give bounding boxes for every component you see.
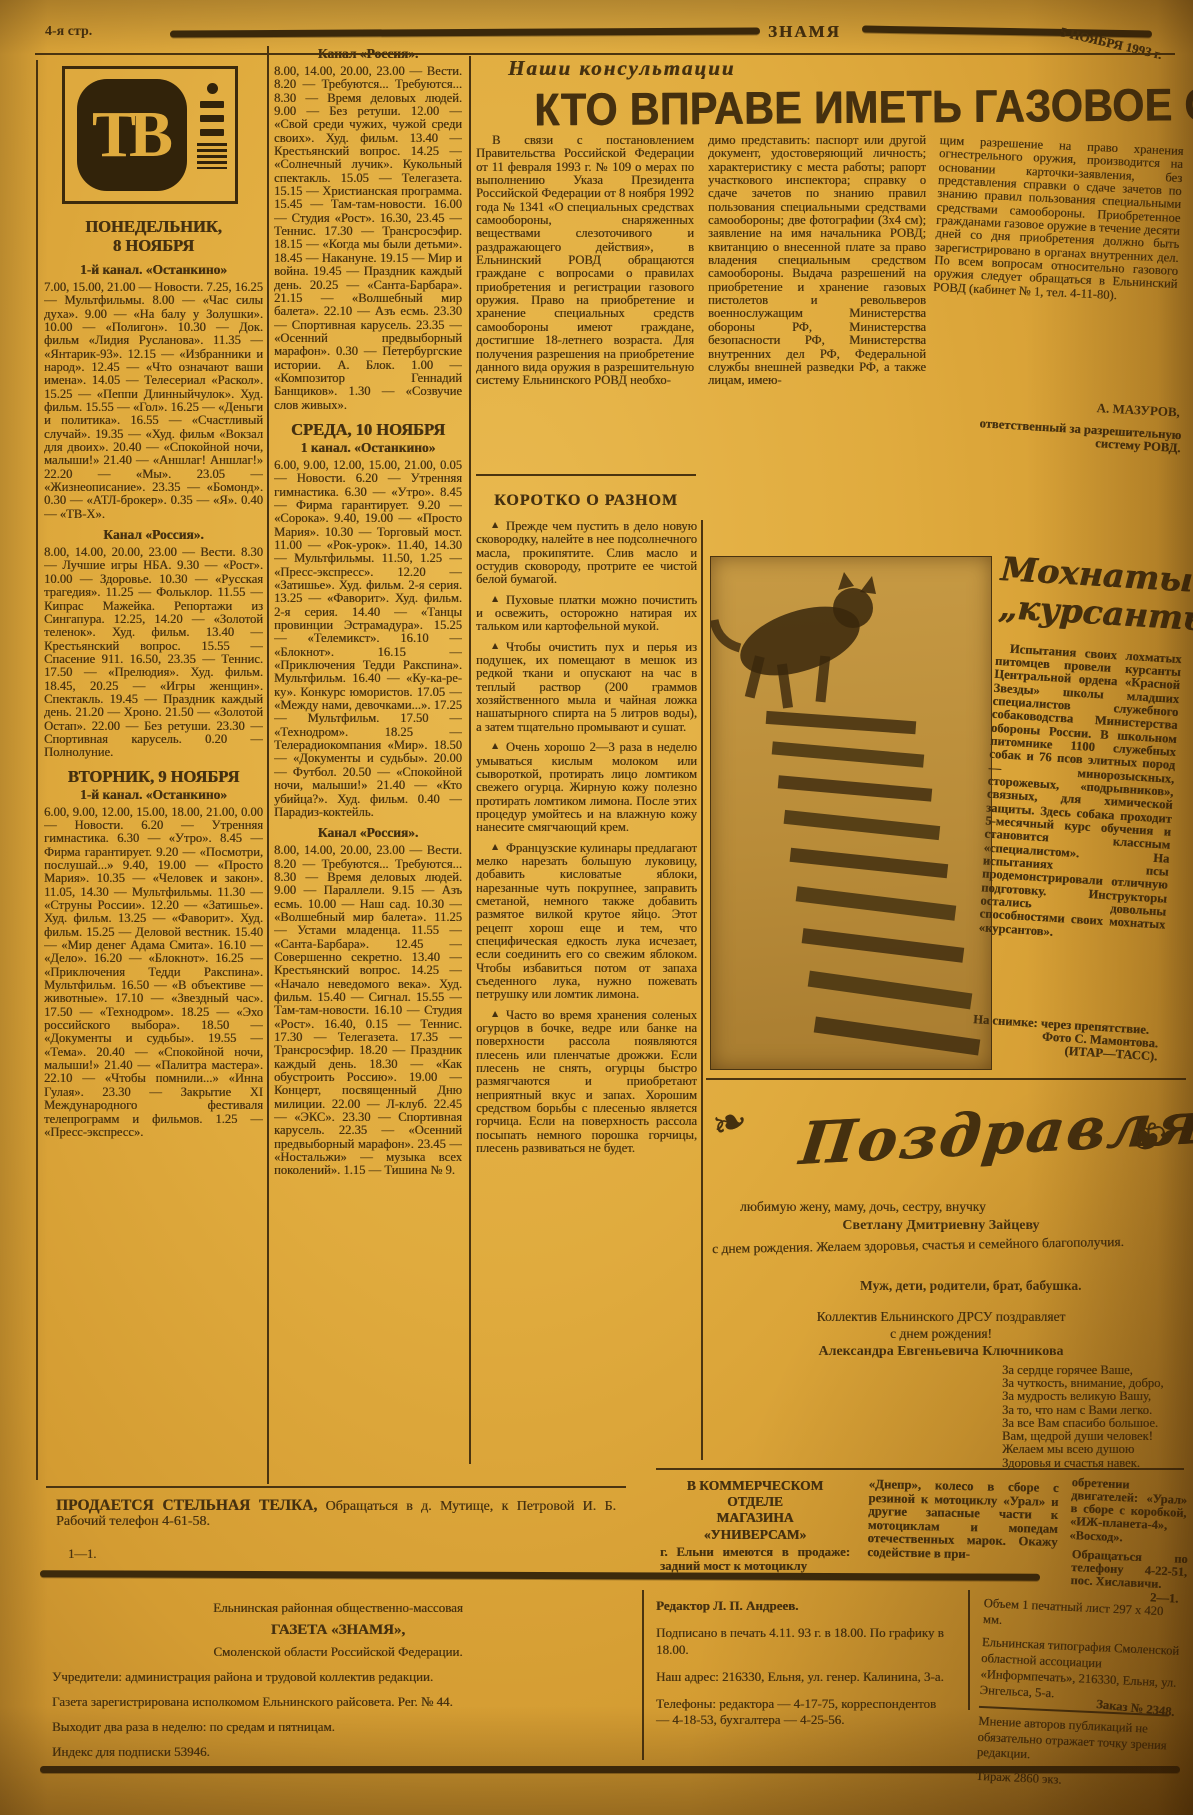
poem-line: За то, что нам с Вами легко.: [1002, 1404, 1193, 1417]
dog-article: Мохнатые „курсанты“ Испытания своих лохм…: [971, 548, 1188, 1064]
masthead-rule-left: [170, 27, 760, 37]
monday-channel1-header: 1-й канал. «Останкино»: [44, 262, 263, 278]
address-line: Наш адрес: 216330, Ельня, ул. генер. Кал…: [656, 1669, 951, 1686]
brief-item: ▲Прежде чем пустить в дело новую сковоро…: [476, 520, 697, 587]
footer-bottom-rule: [40, 1766, 1180, 1773]
article-col-1: В связи с постановлением Правительства Р…: [476, 134, 694, 506]
briefs-list: ▲Прежде чем пустить в дело новую сковоро…: [476, 520, 697, 1458]
footer-rule-v2: [968, 1590, 970, 1710]
article-kicker: Наши консультации: [508, 56, 735, 81]
store-title-line: «УНИВЕРСАМ»: [660, 1527, 850, 1543]
wednesday-channel2-header: Канал «Россия».: [274, 825, 462, 841]
congrats-intro-2-line1: Коллектив Ельнинского ДРСУ поздравляет: [706, 1310, 1176, 1324]
editor-line: Редактор Л. П. Андреев.: [656, 1598, 951, 1615]
store-ad-rule: [656, 1468, 1184, 1470]
monday-channel1-listing: 7.00, 15.00, 21.00 — Новости. 7.25, 16.2…: [44, 281, 263, 521]
phones-line: Телефоны: редактора — 4-17-75, корреспон…: [656, 1696, 951, 1730]
col1-col2-rule: [267, 46, 269, 1484]
footer-imprint-middle: Редактор Л. П. Андреев. Подписано в печа…: [656, 1598, 951, 1729]
subscription-index: Индекс для подписки 53946.: [52, 1744, 624, 1761]
wednesday-channel2-listing: 8.00, 14.00, 20.00, 23.00 — Вести. 8.20 …: [274, 844, 462, 1178]
store-ad-col2: «Днепр», колесо в сборе с резиной к мото…: [867, 1478, 1059, 1563]
imprint-line: Подписано в печать 4.11. 93 г. в 18.00. …: [656, 1625, 951, 1659]
masthead-title: ЗНАМЯ: [768, 22, 841, 42]
article-col-2: димо представить: паспорт или другой док…: [708, 134, 926, 464]
article-signature-role: ответственный за разрешительную систему …: [958, 416, 1181, 456]
store-title-line: В КОММЕРЧЕСКОМ: [660, 1478, 850, 1494]
brief-item-text: Пуховые платки можно почистить и освежит…: [476, 593, 697, 634]
brief-item-text: Прежде чем пустить в дело новую сковород…: [476, 520, 697, 586]
tuesday-channel1-listing: 6.00, 9.00, 12.00, 15.00, 18.00, 21.00, …: [44, 806, 263, 1140]
col2-article-rule: [469, 56, 471, 1464]
wednesday-title: СРЕДА, 10 НОЯБРЯ: [274, 421, 462, 440]
brief-item: ▲Очень хорошо 2—3 раза в неделю умыватьс…: [476, 741, 697, 834]
brief-item-text: Чтобы очистить пух и перья из подушек, и…: [476, 640, 697, 734]
cow-ad: ПРОДАЕТСЯ СТЕЛЬНАЯ ТЕЛКА, Обращаться в д…: [56, 1498, 616, 1530]
imprint-line: Выходит два раза в неделю: по средам и п…: [52, 1719, 624, 1736]
monday-title-line2: 8 НОЯБРЯ: [44, 237, 263, 256]
footer-imprint-right: Объем 1 печатный лист 297 х 420 мм. Ельн…: [975, 1596, 1183, 1794]
disclaimer-line: Мнение авторов публикаций не обязательно…: [977, 1714, 1179, 1770]
brief-item-text: Очень хорошо 2—3 раза в неделю умываться…: [476, 740, 697, 834]
page-label: 4-я стр.: [45, 24, 92, 40]
triangle-bullet-icon: ▲: [490, 843, 500, 854]
newspaper-name: ГАЗЕТА «ЗНАМЯ»,: [52, 1621, 624, 1641]
brief-item: ▲Чтобы очистить пух и перья из подушек, …: [476, 641, 697, 734]
congrats-name-1: Светлану Дмитриевну Зайцеву: [706, 1218, 1176, 1234]
congrats-top-rule: [706, 1078, 1186, 1080]
briefs-title: КОРОТКО О РАЗНОМ: [476, 492, 696, 510]
dog-article-title-line2: „курсанты“: [997, 589, 1185, 637]
brief-item-text: Французские кулинары предлагают мелко на…: [476, 841, 697, 1002]
dog-photo-illustration: [710, 556, 992, 1070]
dog-article-body: Испытания своих лохматых питомцев провел…: [974, 641, 1182, 1020]
store-ad-col3b: Обращаться по телефону 4-22-51, пос. Хис…: [1070, 1548, 1188, 1592]
brief-item: ▲Часто во время хранения соленых огурцов…: [476, 1009, 697, 1156]
printing-house-line: Ельнинская типография Смоленской областн…: [979, 1635, 1182, 1707]
store-ad-col1: г. Ельни имеются в продаже: задний мост …: [660, 1546, 850, 1573]
header-underline: [35, 53, 1175, 55]
monday-title-line1: ПОНЕДЕЛЬНИК,: [44, 218, 263, 237]
dog-jump-photo: [710, 556, 992, 1070]
imprint-line: Смоленской области Российской Федерации.: [52, 1644, 624, 1661]
brief-item: ▲Французские кулинары предлагают мелко н…: [476, 842, 697, 1002]
tv-logo: ТВ: [62, 66, 238, 204]
left-edge-rule: [36, 60, 38, 1480]
article-col-3: щим разрешение на право хранения огнестр…: [929, 134, 1184, 397]
brief-item-text: Часто во время хранения соленых огурцов …: [476, 1008, 697, 1155]
footer-top-rule: [40, 1570, 1040, 1580]
imprint-line: Учредители: администрация района и трудо…: [52, 1669, 624, 1686]
congrats-signed-1: Муж, дети, родители, брат, бабушка.: [860, 1278, 1081, 1294]
triangle-bullet-icon: ▲: [490, 521, 500, 532]
store-ad-col3: обретении двигателей: «Урал» в сборе с к…: [1069, 1476, 1188, 1547]
triangle-bullet-icon: ▲: [490, 642, 500, 653]
imprint-line: Ельнинская районная общественно-массовая: [52, 1600, 624, 1617]
monday-channel2-header: Канал «Россия».: [44, 527, 263, 543]
store-title-line: ОТДЕЛЕ: [660, 1494, 850, 1510]
imprint-line: Газета зарегистрирована исполкомом Ельни…: [52, 1694, 624, 1711]
congrats-name-2: Александра Евгеньевича Ключникова: [706, 1344, 1176, 1360]
congrats-poem: За сердце горячее Ваше, За чуткость, вни…: [1002, 1364, 1193, 1470]
congrats-intro-2-line2: с днем рождения!: [706, 1327, 1176, 1341]
tuesday-channel2-listing: 8.00, 14.00, 20.00, 23.00 — Вести. 8.20 …: [274, 65, 462, 412]
poem-line: За мудрость великую Вашу,: [1002, 1390, 1193, 1403]
triangle-bullet-icon: ▲: [490, 1010, 500, 1021]
flourish-left-icon: ❧: [705, 1094, 754, 1152]
poem-line: Желаем мы всею душою: [1002, 1443, 1193, 1456]
tv-logo-speaker-icon: [197, 79, 227, 169]
store-ad-title: В КОММЕРЧЕСКОМ ОТДЕЛЕ МАГАЗИНА «УНИВЕРСА…: [660, 1478, 850, 1543]
tv-column-2: Канал «Россия». 8.00, 14.00, 20.00, 23.0…: [274, 46, 462, 1486]
wednesday-channel1-listing: 6.00, 9.00, 12.00, 15.00, 21.00, 0.05 — …: [274, 459, 462, 819]
brief-item: ▲Пуховые платки можно почистить и освежи…: [476, 594, 697, 634]
newspaper-page: 4-я стр. ЗНАМЯ 5 НОЯБРЯ 1993 г. ТВ ПОНЕД…: [0, 0, 1193, 1815]
tuesday-channel2-header: Канал «Россия».: [274, 46, 462, 62]
cow-ad-rule: [46, 1486, 626, 1488]
triangle-bullet-icon: ▲: [490, 742, 500, 753]
tv-logo-text: ТВ: [77, 79, 187, 191]
tuesday-title: ВТОРНИК, 9 НОЯБРЯ: [44, 768, 263, 787]
cow-ad-mark: 1—1.: [68, 1548, 96, 1561]
tuesday-channel1-header: 1-й канал. «Останкино»: [44, 787, 263, 803]
triangle-bullet-icon: ▲: [490, 595, 500, 606]
store-title-line: МАГАЗИНА: [660, 1510, 850, 1526]
congrats-wish-1: с днем рождения. Желаем здоровья, счасть…: [712, 1234, 1182, 1256]
footer-imprint-left: Ельнинская районная общественно-массовая…: [52, 1600, 624, 1761]
footer-rule-v1: [642, 1590, 644, 1760]
briefs-photo-rule: [701, 520, 703, 1460]
wednesday-channel1-header: 1 канал. «Останкино»: [274, 440, 462, 456]
monday-channel2-listing: 8.00, 14.00, 20.00, 23.00 — Вести. 8.30 …: [44, 546, 263, 760]
tv-column-1: ТВ ПОНЕДЕЛЬНИК, 8 НОЯБРЯ 1-й канал. «Ост…: [44, 62, 263, 1477]
article-headline: КТО ВПРАВЕ ИМЕТЬ ГАЗОВОЕ ОРУЖИЕ?: [534, 77, 1193, 136]
congrats-intro: любимую жену, маму, дочь, сестру, внучку: [740, 1200, 1160, 1214]
briefs-top-rule: [476, 474, 696, 476]
cow-ad-headline: ПРОДАЕТСЯ СТЕЛЬНАЯ ТЕЛКА,: [56, 1497, 317, 1514]
